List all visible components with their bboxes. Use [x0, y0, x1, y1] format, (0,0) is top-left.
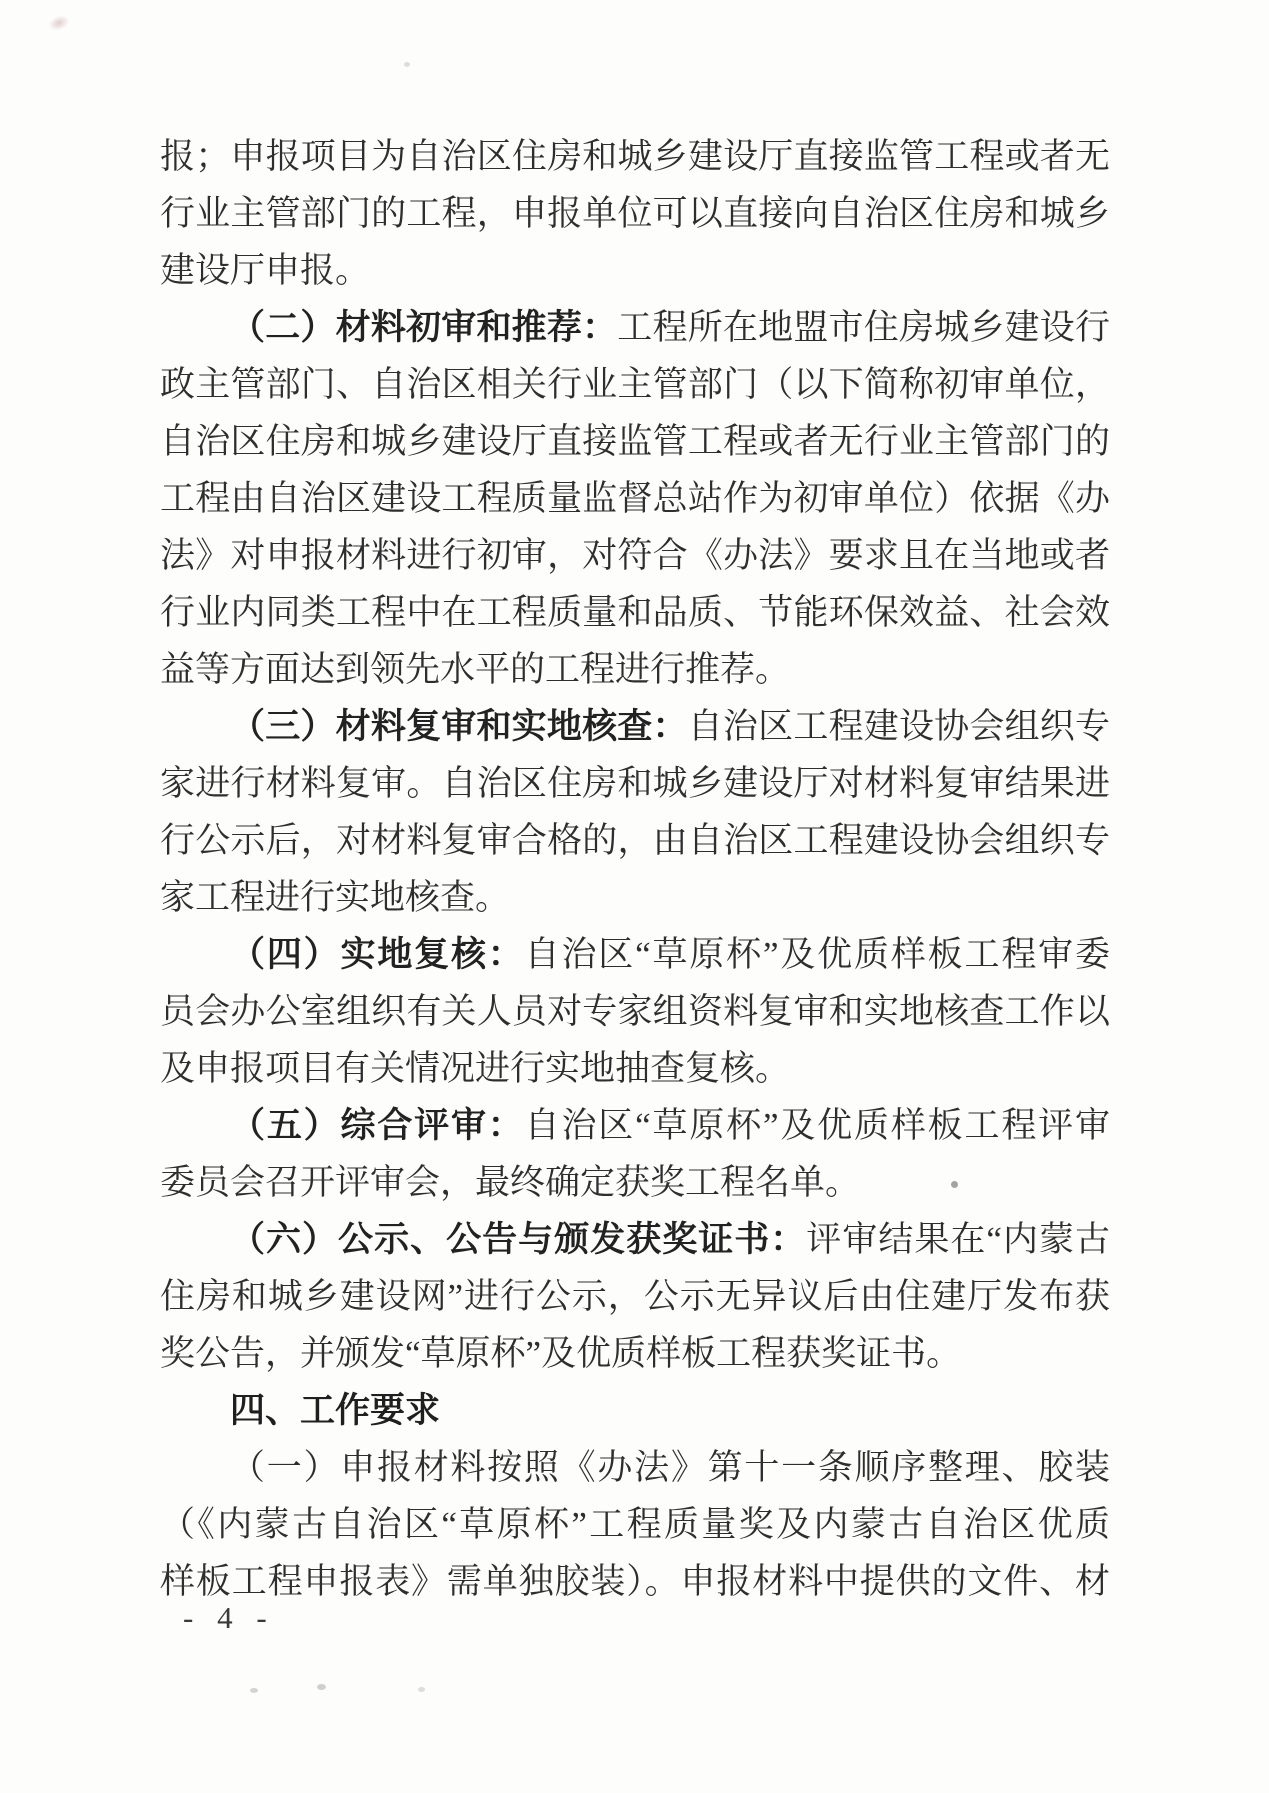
page-number: - 4 -	[183, 1600, 275, 1636]
bold-lead: （二）材料初审和推荐：	[230, 308, 617, 347]
paragraph: 报；申报项目为自治区住房和城乡建设厅直接监管工程或者无行业主管部门的工程，申报单…	[160, 128, 1110, 299]
text-line: （二）材料初审和推荐：工程所在地盟市住房城乡建设行	[160, 299, 1110, 356]
document-body: 报；申报项目为自治区住房和城乡建设厅直接监管工程或者无行业主管部门的工程，申报单…	[160, 128, 1110, 1610]
text-line: 住房和城乡建设网”进行公示，公示无异议后由住建厅发布获	[160, 1268, 1110, 1325]
document-page: 报；申报项目为自治区住房和城乡建设厅直接监管工程或者无行业主管部门的工程，申报单…	[0, 0, 1269, 1793]
text-line: 委员会召开评审会，最终确定获奖工程名单。	[160, 1154, 1110, 1211]
scan-artifact	[317, 1684, 326, 1690]
text-line: 家进行材料复审。自治区住房和城乡建设厅对材料复审结果进	[160, 755, 1110, 812]
text-line: 行业内同类工程中在工程质量和品质、节能环保效益、社会效	[160, 584, 1110, 641]
text-line: 益等方面达到领先水平的工程进行推荐。	[160, 641, 1110, 698]
scan-artifact	[250, 1688, 258, 1693]
scan-artifact	[951, 1181, 958, 1188]
paragraph: （四）实地复核：自治区“草原杯”及优质样板工程审委员会办公室组织有关人员对专家组…	[160, 926, 1110, 1097]
text-line: （三）材料复审和实地核查：自治区工程建设协会组织专	[160, 698, 1110, 755]
text-line: 员会办公室组织有关人员对专家组资料复审和实地核查工作以	[160, 983, 1110, 1040]
scan-artifact	[418, 1687, 425, 1692]
text-line: 报；申报项目为自治区住房和城乡建设厅直接监管工程或者无	[160, 128, 1110, 185]
text-line: 工程由自治区建设工程质量监督总站作为初审单位）依据《办	[160, 470, 1110, 527]
text-line: 建设厅申报。	[160, 242, 1110, 299]
text-line: 奖公告，并颁发“草原杯”及优质样板工程获奖证书。	[160, 1325, 1110, 1382]
text-line: （五）综合评审：自治区“草原杯”及优质样板工程评审	[160, 1097, 1110, 1154]
text-line: 自治区住房和城乡建设厅直接监管工程或者无行业主管部门的	[160, 413, 1110, 470]
bold-lead: （三）材料复审和实地核查：	[230, 707, 688, 746]
text-line: 样板工程申报表》需单独胶装）。申报材料中提供的文件、材	[160, 1553, 1110, 1610]
paragraph: （一）申报材料按照《办法》第十一条顺序整理、胶装（《内蒙古自治区“草原杯”工程质…	[160, 1439, 1110, 1610]
text-line: 法》对申报材料进行初审，对符合《办法》要求且在当地或者	[160, 527, 1110, 584]
text-line: （四）实地复核：自治区“草原杯”及优质样板工程审委	[160, 926, 1110, 983]
text-line: （一）申报材料按照《办法》第十一条顺序整理、胶装	[160, 1439, 1110, 1496]
text-line: 行公示后，对材料复审合格的，由自治区工程建设协会组织专	[160, 812, 1110, 869]
text-line: 政主管部门、自治区相关行业主管部门（以下简称初审单位，	[160, 356, 1110, 413]
scan-artifact	[404, 62, 410, 67]
bold-lead: （五）综合评审：	[230, 1106, 525, 1145]
text-line: 行业主管部门的工程，申报单位可以直接向自治区住房和城乡	[160, 185, 1110, 242]
paragraph: （三）材料复审和实地核查：自治区工程建设协会组织专家进行材料复审。自治区住房和城…	[160, 698, 1110, 926]
paragraph: （五）综合评审：自治区“草原杯”及优质样板工程评审委员会召开评审会，最终确定获奖…	[160, 1097, 1110, 1211]
text-line: （六）公示、公告与颁发获奖证书：评审结果在“内蒙古	[160, 1211, 1110, 1268]
paragraph: （六）公示、公告与颁发获奖证书：评审结果在“内蒙古住房和城乡建设网”进行公示，公…	[160, 1211, 1110, 1382]
text-line: 及申报项目有关情况进行实地抽查复核。	[160, 1040, 1110, 1097]
bold-lead: （四）实地复核：	[230, 935, 525, 974]
text-line: 家工程进行实地核查。	[160, 869, 1110, 926]
text-line: （《内蒙古自治区“草原杯”工程质量奖及内蒙古自治区优质	[160, 1496, 1110, 1553]
section-heading: 四、工作要求	[160, 1382, 1110, 1439]
scan-artifact	[46, 13, 71, 34]
paragraph: （二）材料初审和推荐：工程所在地盟市住房城乡建设行政主管部门、自治区相关行业主管…	[160, 299, 1110, 698]
text-line: 四、工作要求	[160, 1382, 1110, 1439]
bold-lead: （六）公示、公告与颁发获奖证书：	[230, 1220, 806, 1259]
